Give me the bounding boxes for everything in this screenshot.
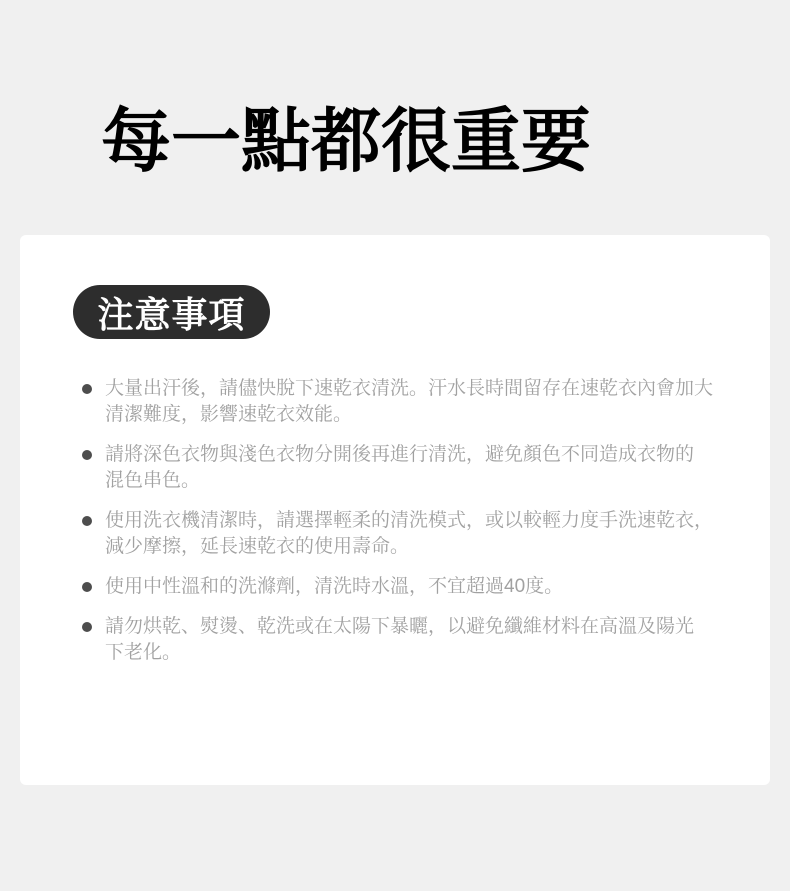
page-title: 每一點都很重要 <box>101 97 591 185</box>
list-item: 使用中性溫和的洗滌劑，清洗時水溫，不宜超過40度。 <box>82 574 727 600</box>
bullet-dot-icon <box>82 622 92 632</box>
notice-card: 注意事項 大量出汗後，請儘快脫下速乾衣清洗。汗水長時間留存在速乾衣內會加大 清潔… <box>20 235 770 785</box>
note-line: 下老化。 <box>105 640 727 666</box>
note-line: 大量出汗後，請儘快脫下速乾衣清洗。汗水長時間留存在速乾衣內會加大 <box>105 376 727 402</box>
note-line: 請勿烘乾、熨燙、乾洗或在太陽下暴曬，以避免纖維材料在高溫及陽光 <box>105 614 727 640</box>
bullet-dot-icon <box>82 516 92 526</box>
notes-list: 大量出汗後，請儘快脫下速乾衣清洗。汗水長時間留存在速乾衣內會加大 清潔難度，影響… <box>82 376 727 680</box>
note-line: 清潔難度，影響速乾衣效能。 <box>105 402 727 428</box>
list-item: 大量出汗後，請儘快脫下速乾衣清洗。汗水長時間留存在速乾衣內會加大 清潔難度，影響… <box>82 376 727 428</box>
notice-badge-label: 注意事項 <box>97 287 245 338</box>
bullet-dot-icon <box>82 384 92 394</box>
list-item: 請勿烘乾、熨燙、乾洗或在太陽下暴曬，以避免纖維材料在高溫及陽光 下老化。 <box>82 614 727 666</box>
note-line: 使用中性溫和的洗滌劑，清洗時水溫，不宜超過40度。 <box>105 574 727 600</box>
note-line: 減少摩擦，延長速乾衣的使用壽命。 <box>105 534 727 560</box>
bullet-dot-icon <box>82 582 92 592</box>
note-line: 混色串色。 <box>105 468 727 494</box>
list-item: 使用洗衣機清潔時，請選擇輕柔的清洗模式，或以較輕力度手洗速乾衣， 減少摩擦，延長… <box>82 508 727 560</box>
list-item: 請將深色衣物與淺色衣物分開後再進行清洗，避免顏色不同造成衣物的 混色串色。 <box>82 442 727 494</box>
product-notice-page: 每一點都很重要 注意事項 大量出汗後，請儘快脫下速乾衣清洗。汗水長時間留存在速乾… <box>0 0 790 891</box>
notice-badge: 注意事項 <box>73 285 270 339</box>
note-line: 使用洗衣機清潔時，請選擇輕柔的清洗模式，或以較輕力度手洗速乾衣， <box>105 508 727 534</box>
bullet-dot-icon <box>82 450 92 460</box>
note-line: 請將深色衣物與淺色衣物分開後再進行清洗，避免顏色不同造成衣物的 <box>105 442 727 468</box>
